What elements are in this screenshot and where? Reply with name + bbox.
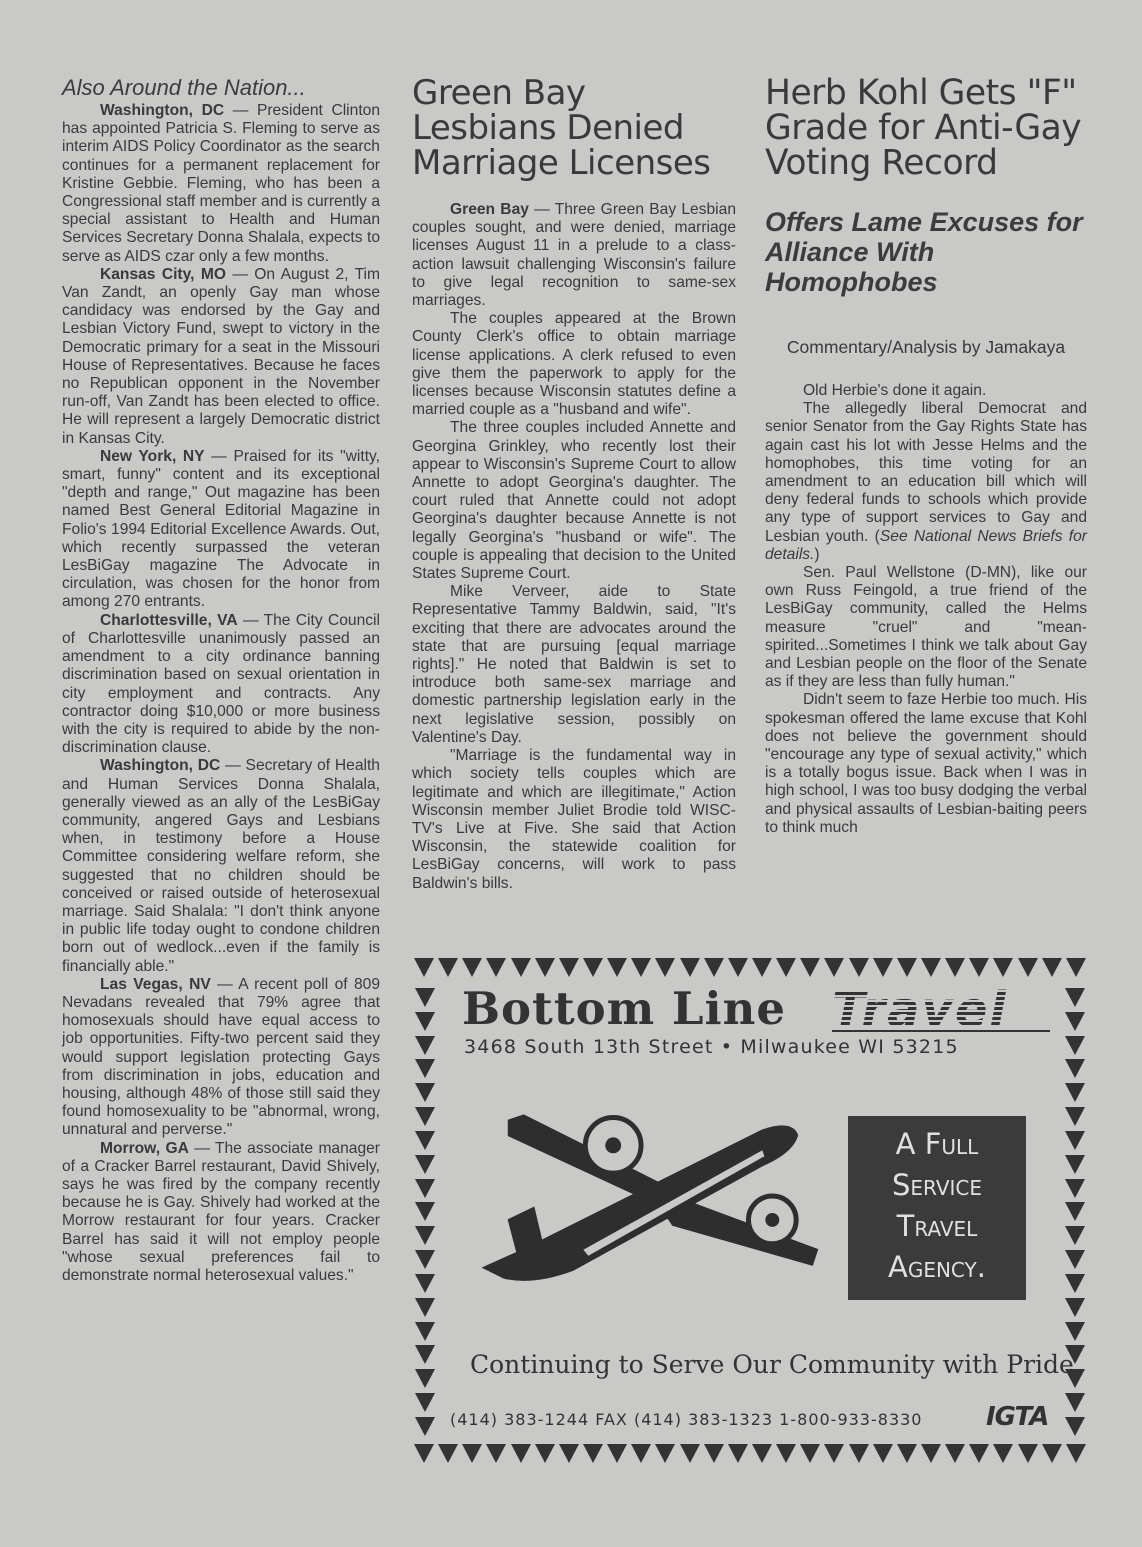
triangle-ornament-icon xyxy=(993,958,1013,977)
triangle-ornament-icon xyxy=(921,958,941,977)
triangle-ornament-icon xyxy=(728,1444,748,1463)
brief-location: New York, NY xyxy=(100,448,205,465)
news-brief: Kansas City, MO — On August 2, Tim Van Z… xyxy=(62,266,380,448)
triangle-ornament-icon xyxy=(1065,1155,1085,1174)
brief-location: Morrow, GA xyxy=(100,1140,189,1157)
brief-location: Kansas City, MO xyxy=(100,266,226,283)
ad-phone-numbers: (414) 383-1244 FAX (414) 383-1323 1-800-… xyxy=(450,1410,922,1429)
triangle-ornament-icon xyxy=(776,1444,796,1463)
triangle-ornament-icon xyxy=(897,958,917,977)
brief-text: — President Clinton has appointed Patric… xyxy=(62,102,380,265)
article-body: Old Herbie's done it again.The allegedly… xyxy=(765,382,1087,837)
triangle-ornament-icon xyxy=(631,1444,651,1463)
airplane-icon xyxy=(464,1090,832,1320)
herb-kohl-article: Herb Kohl Gets "F" Grade for Anti-Gay Vo… xyxy=(765,76,1087,837)
article-paragraph: Green Bay — Three Green Bay Lesbian coup… xyxy=(412,201,736,310)
triangle-ornament-icon xyxy=(873,1444,893,1463)
triangle-ornament-icon xyxy=(752,1444,772,1463)
triangle-ornament-icon xyxy=(415,1036,435,1055)
see-also-note: See National News Briefs for details. xyxy=(765,528,1087,563)
triangle-ornament-icon xyxy=(921,1444,941,1463)
triangle-ornament-icon xyxy=(415,1274,435,1293)
article-paragraph: Mike Verveer, aide to State Representati… xyxy=(412,583,736,747)
news-brief: Morrow, GA — The associate manager of a … xyxy=(62,1140,380,1286)
triangle-ornament-icon xyxy=(969,1444,989,1463)
brief-text: — Praised for its "witty, smart, funny" … xyxy=(62,448,380,611)
triangle-ornament-icon xyxy=(704,1444,724,1463)
triangle-ornament-icon xyxy=(800,958,820,977)
brief-location: Washington, DC xyxy=(100,757,220,774)
triangle-ornament-icon xyxy=(800,1444,820,1463)
triangle-ornament-icon xyxy=(462,958,482,977)
brief-text: — Secretary of Health and Human Services… xyxy=(62,757,380,974)
box-line: Agency. xyxy=(848,1247,1026,1288)
section-kicker: Also Around the Nation... xyxy=(62,76,380,100)
news-brief: Washington, DC — President Clinton has a… xyxy=(62,102,380,266)
news-brief: Charlottesville, VA — The City Council o… xyxy=(62,612,380,758)
triangle-ornament-icon xyxy=(1065,1036,1085,1055)
brief-text: — The associate manager of a Cracker Bar… xyxy=(62,1140,380,1284)
article-paragraph: The three couples included Annette and G… xyxy=(412,419,736,583)
triangle-ornament-icon xyxy=(1065,1012,1085,1031)
triangle-ornament-icon xyxy=(438,958,458,977)
triangle-ornament-icon xyxy=(415,1226,435,1245)
box-line: Service xyxy=(848,1165,1026,1206)
triangle-ornament-icon xyxy=(486,1444,506,1463)
triangle-ornament-icon xyxy=(415,1083,435,1102)
triangle-ornament-icon xyxy=(535,1444,555,1463)
triangle-ornament-icon xyxy=(415,1202,435,1221)
triangle-ornament-icon xyxy=(535,958,555,977)
article-body: Green Bay — Three Green Bay Lesbian coup… xyxy=(412,201,736,893)
triangle-ornament-icon xyxy=(752,958,772,977)
box-line: Travel xyxy=(848,1206,1026,1247)
triangle-ornament-icon xyxy=(631,958,651,977)
triangle-ornament-icon xyxy=(969,958,989,977)
triangle-ornament-icon xyxy=(415,1155,435,1174)
triangle-ornament-icon xyxy=(415,1107,435,1126)
news-brief: Las Vegas, NV — A recent poll of 809 Nev… xyxy=(62,976,380,1140)
ad-tagline: Continuing to Serve Our Community with P… xyxy=(470,1350,1082,1379)
triangle-ornament-icon xyxy=(1065,1417,1085,1436)
triangle-ornament-icon xyxy=(415,1059,435,1078)
triangle-ornament-icon xyxy=(1065,1226,1085,1245)
article-headline: Green Bay Lesbians Denied Marriage Licen… xyxy=(412,76,736,181)
triangle-ornament-icon xyxy=(511,1444,531,1463)
news-briefs: Washington, DC — President Clinton has a… xyxy=(62,102,380,1285)
triangle-ornament-icon xyxy=(462,1444,482,1463)
triangle-ornament-icon xyxy=(559,958,579,977)
triangle-ornament-icon xyxy=(415,1179,435,1198)
triangle-ornament-icon xyxy=(1065,1083,1085,1102)
article-paragraph: "Marriage is the fundamental way in whic… xyxy=(412,747,736,893)
brief-location: Las Vegas, NV xyxy=(100,976,211,993)
dateline: Green Bay xyxy=(450,201,529,218)
brief-location: Washington, DC xyxy=(100,102,224,119)
triangle-ornament-icon xyxy=(1065,1179,1085,1198)
triangle-ornament-icon xyxy=(680,958,700,977)
triangle-ornament-icon xyxy=(776,958,796,977)
triangle-ornament-icon xyxy=(414,1444,434,1463)
brief-text: — A recent poll of 809 Nevadans revealed… xyxy=(62,976,380,1139)
triangle-ornament-icon xyxy=(559,1444,579,1463)
article-paragraph: Sen. Paul Wellstone (D-MN), like our own… xyxy=(765,564,1087,691)
triangle-ornament-icon xyxy=(897,1444,917,1463)
news-brief: Washington, DC — Secretary of Health and… xyxy=(62,757,380,975)
byline: Commentary/Analysis by Jamakaya xyxy=(765,337,1087,358)
triangle-ornament-icon xyxy=(704,958,724,977)
triangle-ornament-icon xyxy=(945,958,965,977)
triangle-ornament-icon xyxy=(415,1345,435,1364)
triangle-ornament-icon xyxy=(1042,958,1062,977)
triangle-ornament-icon xyxy=(849,958,869,977)
triangle-ornament-icon xyxy=(849,1444,869,1463)
brief-text: — On August 2, Tim Van Zandt, an openly … xyxy=(62,266,380,447)
triangle-ornament-icon xyxy=(824,958,844,977)
triangle-ornament-icon xyxy=(1066,958,1086,977)
triangle-ornament-icon xyxy=(415,1417,435,1436)
box-line: A Full xyxy=(848,1124,1026,1165)
triangle-border-top xyxy=(414,958,1086,978)
triangle-ornament-icon xyxy=(824,1444,844,1463)
triangle-ornament-icon xyxy=(415,1322,435,1341)
triangle-ornament-icon xyxy=(1018,1444,1038,1463)
triangle-ornament-icon xyxy=(607,1444,627,1463)
ad-business-name: Bottom Line xyxy=(462,982,786,1035)
triangle-border-left xyxy=(414,988,436,1436)
article-paragraph: The allegedly liberal Democrat and senio… xyxy=(765,400,1087,564)
triangle-ornament-icon xyxy=(415,1131,435,1150)
triangle-ornament-icon xyxy=(1065,1322,1085,1341)
triangle-border-bottom xyxy=(414,1444,1086,1464)
triangle-ornament-icon xyxy=(583,1444,603,1463)
triangle-ornament-icon xyxy=(1065,1059,1085,1078)
triangle-ornament-icon xyxy=(438,1444,458,1463)
brief-text: — The City Council of Charlottesville un… xyxy=(62,612,380,756)
triangle-ornament-icon xyxy=(1065,1131,1085,1150)
article-paragraph: Old Herbie's done it again. xyxy=(765,382,1087,400)
triangle-ornament-icon xyxy=(1065,1298,1085,1317)
triangle-ornament-icon xyxy=(415,1012,435,1031)
triangle-ornament-icon xyxy=(945,1444,965,1463)
triangle-ornament-icon xyxy=(1065,1107,1085,1126)
triangle-ornament-icon xyxy=(1042,1444,1062,1463)
full-service-box: A Full Service Travel Agency. xyxy=(848,1116,1026,1300)
article-paragraph: The couples appeared at the Brown County… xyxy=(412,310,736,419)
triangle-ornament-icon xyxy=(1018,958,1038,977)
travel-advertisement: Bottom Line Travel 3468 South 13th Stree… xyxy=(414,958,1086,1464)
ad-underline xyxy=(832,1030,1050,1032)
triangle-ornament-icon xyxy=(486,958,506,977)
triangle-ornament-icon xyxy=(415,1369,435,1388)
triangle-ornament-icon xyxy=(415,988,435,1007)
green-bay-article: Green Bay Lesbians Denied Marriage Licen… xyxy=(412,76,736,893)
triangle-ornament-icon xyxy=(1065,988,1085,1007)
triangle-ornament-icon xyxy=(415,1298,435,1317)
triangle-ornament-icon xyxy=(511,958,531,977)
igta-logo-icon: IGTA xyxy=(986,1402,1048,1432)
triangle-ornament-icon xyxy=(583,958,603,977)
brief-location: Charlottesville, VA xyxy=(100,612,238,629)
triangle-ornament-icon xyxy=(1065,1250,1085,1269)
triangle-ornament-icon xyxy=(1066,1444,1086,1463)
triangle-ornament-icon xyxy=(415,1250,435,1269)
triangle-ornament-icon xyxy=(1065,1274,1085,1293)
news-brief: New York, NY — Praised for its "witty, s… xyxy=(62,448,380,612)
triangle-ornament-icon xyxy=(680,1444,700,1463)
triangle-ornament-icon xyxy=(1065,1202,1085,1221)
triangle-ornament-icon xyxy=(993,1444,1013,1463)
article-headline: Herb Kohl Gets "F" Grade for Anti-Gay Vo… xyxy=(765,76,1087,181)
ad-address: 3468 South 13th Street • Milwaukee WI 53… xyxy=(464,1036,959,1058)
triangle-ornament-icon xyxy=(873,958,893,977)
triangle-ornament-icon xyxy=(655,958,675,977)
triangle-ornament-icon xyxy=(655,1444,675,1463)
article-paragraph: Didn't seem to faze Herbie too much. His… xyxy=(765,691,1087,837)
triangle-ornament-icon xyxy=(728,958,748,977)
triangle-ornament-icon xyxy=(414,958,434,977)
triangle-ornament-icon xyxy=(1065,1393,1085,1412)
triangle-ornament-icon xyxy=(607,958,627,977)
triangle-ornament-icon xyxy=(415,1393,435,1412)
around-the-nation-column: Also Around the Nation... Washington, DC… xyxy=(62,76,380,1285)
article-subhead: Offers Lame Excuses for Alliance With Ho… xyxy=(765,207,1087,297)
